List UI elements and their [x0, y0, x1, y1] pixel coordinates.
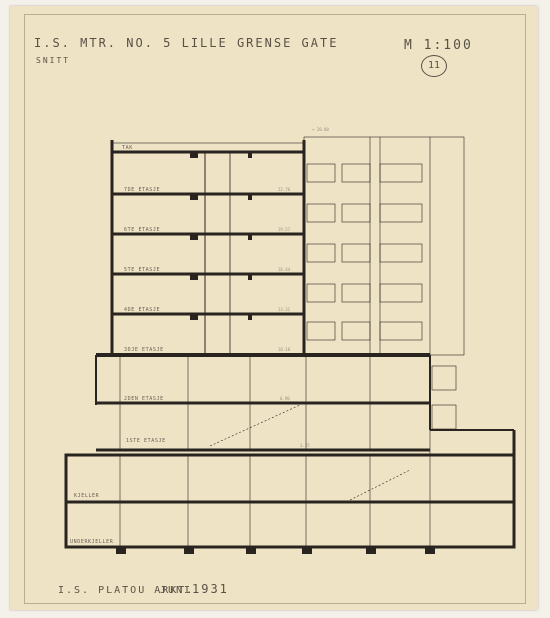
floor-label-3: 3DJE ETASJE: [124, 347, 164, 353]
elevation-4: 13.31: [278, 307, 291, 312]
elevation-5: 16.44: [278, 267, 291, 272]
building-section-drawing: TAK 7DE ETASJE 6TE ETASJE 5TE ETASJE 4DE…: [0, 0, 550, 618]
floor-label-roof: TAK: [122, 145, 133, 151]
floor-label-basement: KJELLER: [74, 493, 100, 499]
top-elevation: + 28.00: [312, 127, 329, 132]
elevation-7: 22.70: [278, 187, 291, 192]
elevation-6: 19.57: [278, 227, 291, 232]
floor-label-5: 5TE ETASJE: [124, 267, 160, 273]
floor-label-2: 2DEN ETASJE: [124, 396, 164, 402]
floor-label-1: 1STE ETASJE: [126, 438, 166, 444]
elevation-2: 6.90: [280, 396, 290, 401]
elevation-1: 3.35: [300, 443, 310, 448]
elevation-3: 10.18: [278, 347, 291, 352]
floor-label-4: 4DE ETASJE: [124, 307, 160, 313]
floor-label-6: 6TE ETASJE: [124, 227, 160, 233]
floor-label-7: 7DE ETASJE: [124, 187, 160, 193]
floor-label-subbasement: UNDERKJELLER: [70, 539, 114, 545]
